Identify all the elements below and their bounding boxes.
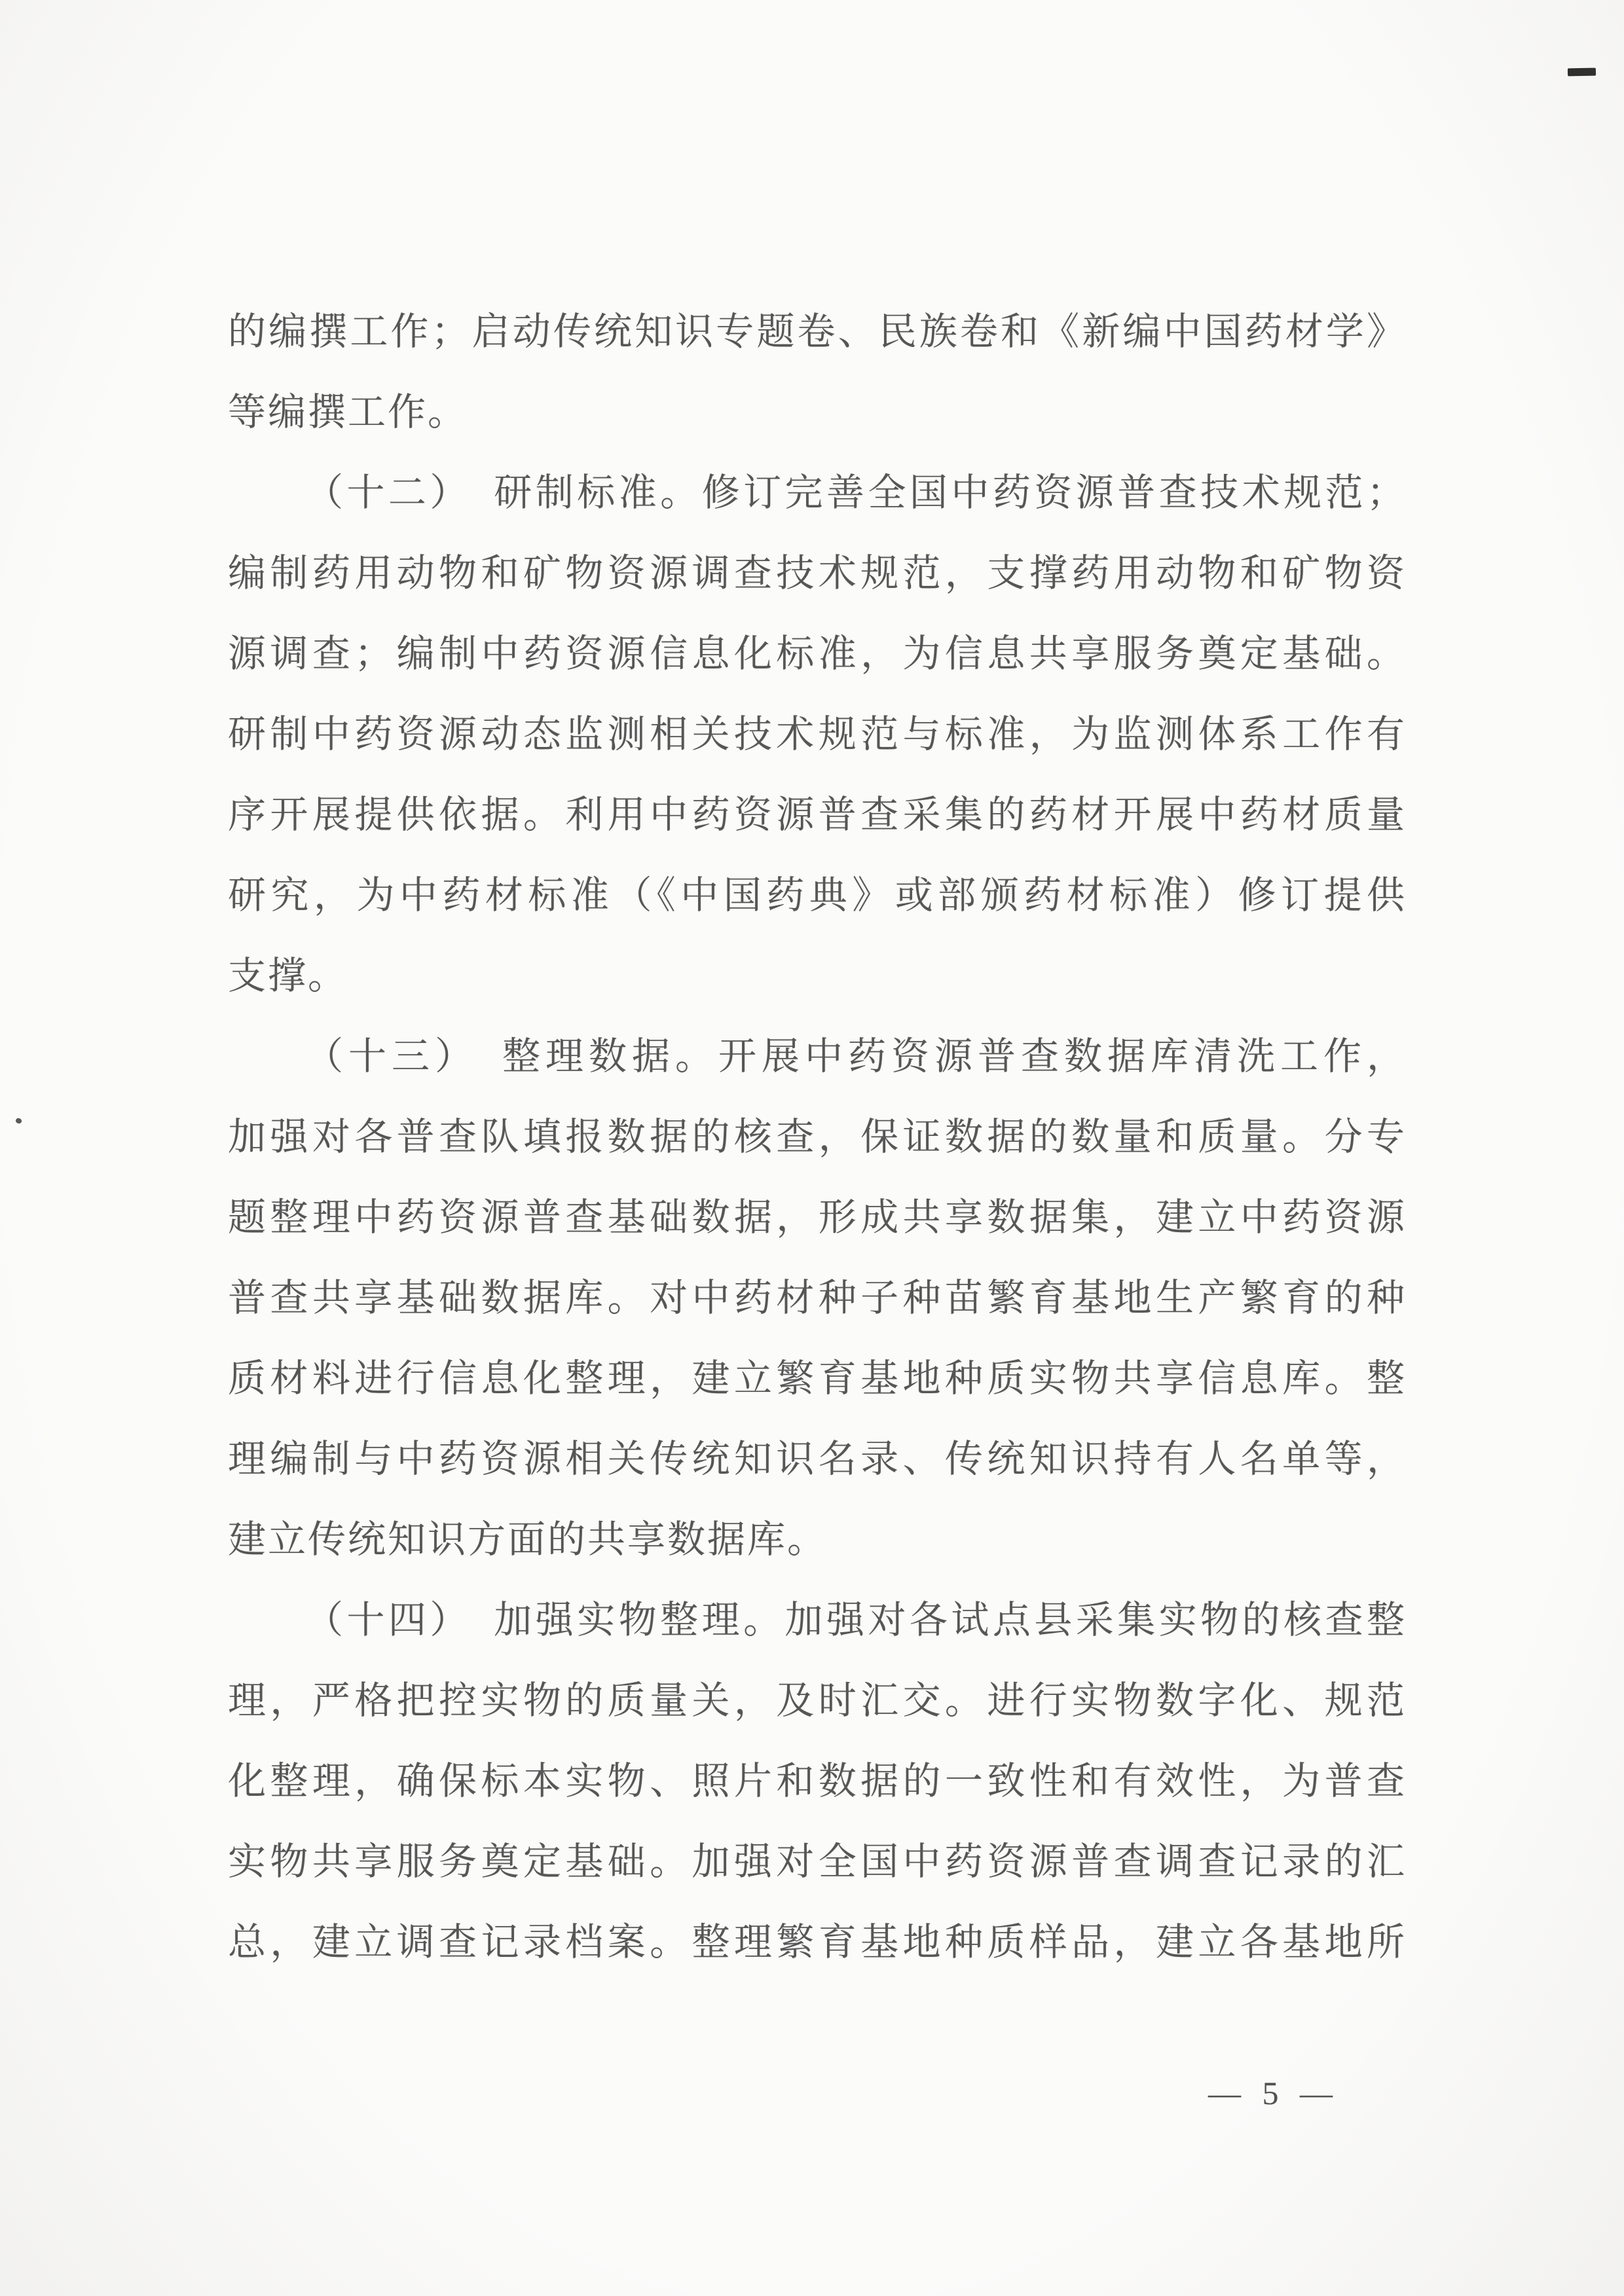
text-line: 源调查；编制中药资源信息化标准，为信息共享服务奠定基础。 (228, 613, 1407, 694)
text-line: 建立传统知识方面的共享数据库。 (228, 1499, 1407, 1580)
section-heading-line-13: （十三） 整理数据。开展中药资源普查数据库清洗工作， (228, 1016, 1407, 1097)
text-line: 题整理中药资源普查基础数据，形成共享数据集，建立中药资源 (228, 1177, 1407, 1258)
text-line: 编制药用动物和矿物资源调查技术规范，支撑药用动物和矿物资 (228, 533, 1407, 613)
text-line: 加强对各普查队填报数据的核查，保证数据的数量和质量。分专 (228, 1097, 1407, 1177)
text-line: 总，建立调查记录档案。整理繁育基地种质样品，建立各基地所 (228, 1902, 1407, 1982)
text-line: 普查共享基础数据库。对中药材种子种苗繁育基地生产繁育的种 (228, 1258, 1407, 1338)
text-line: 化整理，确保标本实物、照片和数据的一致性和有效性，为普查 (228, 1741, 1407, 1821)
page-number: — 5 — (1208, 2074, 1339, 2112)
ink-speck (15, 1117, 23, 1125)
section-heading-line-14: （十四） 加强实物整理。加强对各试点县采集实物的核查整 (228, 1580, 1407, 1660)
document-body: 的编撰工作；启动传统知识专题卷、民族卷和《新编中国药材学》 等编撰工作。 （十二… (228, 291, 1407, 1982)
text-line: 的编撰工作；启动传统知识专题卷、民族卷和《新编中国药材学》 (228, 291, 1407, 372)
text-line: 研制中药资源动态监测相关技术规范与标准，为监测体系工作有 (228, 694, 1407, 774)
scanned-document-page: 的编撰工作；启动传统知识专题卷、民族卷和《新编中国药材学》 等编撰工作。 （十二… (0, 0, 1624, 2296)
text-line: 理编制与中药资源相关传统知识名录、传统知识持有人名单等， (228, 1419, 1407, 1499)
text-line: 理，严格把控实物的质量关，及时汇交。进行实物数字化、规范 (228, 1660, 1407, 1741)
text-line: 质材料进行信息化整理，建立繁育基地种质实物共享信息库。整 (228, 1338, 1407, 1419)
binding-mark (1568, 68, 1596, 77)
text-line: 研究，为中药材标准（《中国药典》或部颁药材标准）修订提供 (228, 855, 1407, 936)
text-line: 等编撰工作。 (228, 372, 1407, 452)
text-line: 支撑。 (228, 936, 1407, 1016)
text-line: 实物共享服务奠定基础。加强对全国中药资源普查调查记录的汇 (228, 1821, 1407, 1902)
section-heading-line-12: （十二） 研制标准。修订完善全国中药资源普查技术规范； (228, 452, 1407, 533)
text-line: 序开展提供依据。利用中药资源普查采集的药材开展中药材质量 (228, 774, 1407, 855)
